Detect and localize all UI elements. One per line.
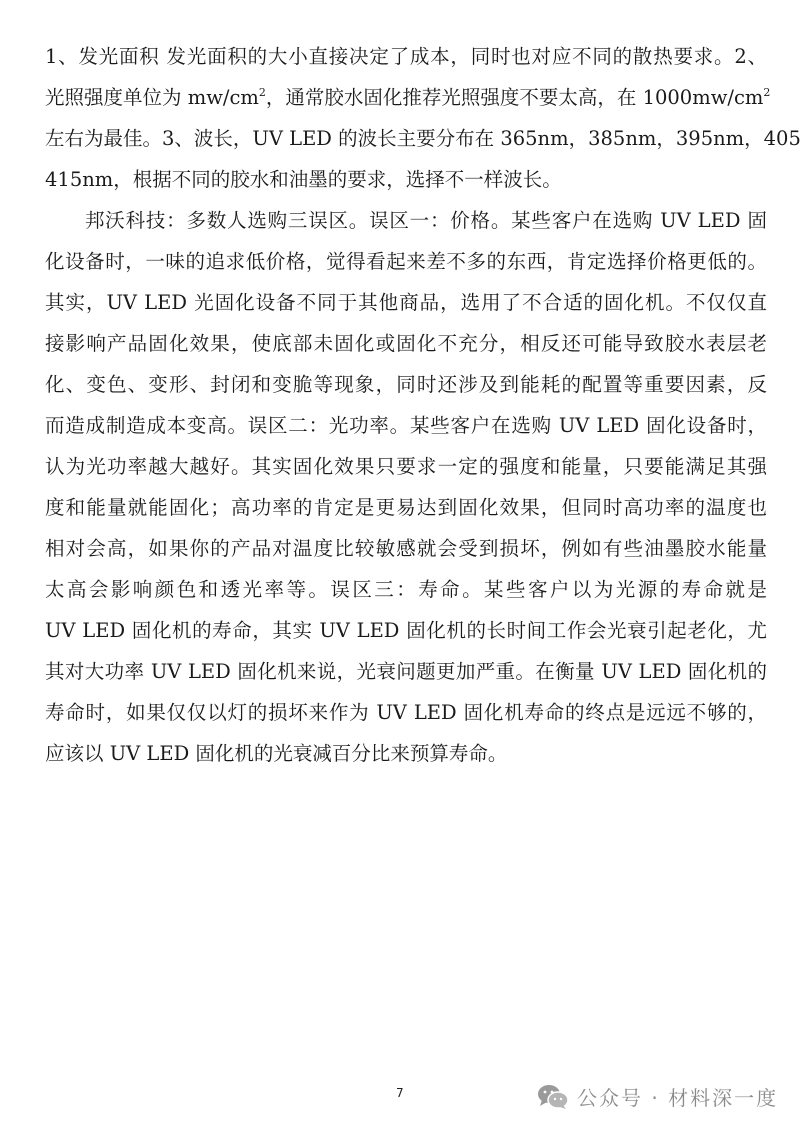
watermark: 公众号 · 材料深一度 — [537, 1082, 778, 1111]
text-line: 光照强度单位为 mw/cm2，通常胶水固化推荐光照强度不要太高，在 1000mw… — [45, 77, 767, 118]
text-line: 相对会高，如果你的产品对温度比较敏感就会受到损坏，例如有些油墨胶水能量 — [45, 528, 767, 569]
text-line: 左右为最佳。3、波长，UV LED 的波长主要分布在 365nm，385nm，3… — [45, 118, 767, 159]
text-line: 1、发光面积 发光面积的大小直接决定了成本，同时也对应不同的散热要求。2、 — [45, 36, 767, 77]
text-line: 认为光功率越大越好。其实固化效果只要求一定的强度和能量，只要能满足其强 — [45, 446, 767, 487]
document-page: 1、发光面积 发光面积的大小直接决定了成本，同时也对应不同的散热要求。2、 光照… — [45, 36, 767, 774]
text-line: 其实，UV LED 光固化设备不同于其他商品，选用了不合适的固化机。不仅仅直 — [45, 282, 767, 323]
text-line: 邦沃科技：多数人选购三误区。误区一：价格。某些客户在选购 UV LED 固 — [45, 200, 767, 241]
text-line: UV LED 固化机的寿命，其实 UV LED 固化机的长时间工作会光衰引起老化… — [45, 610, 767, 651]
superscript: 2 — [259, 86, 266, 99]
text-line: 化、变色、变形、封闭和变脆等现象，同时还涉及到能耗的配置等重要因素，反 — [45, 364, 767, 405]
watermark-text: 公众号 · 材料深一度 — [577, 1082, 778, 1111]
text-line: 太高会影响颜色和透光率等。误区三：寿命。某些客户以为光源的寿命就是 — [45, 569, 767, 610]
paragraph-1: 1、发光面积 发光面积的大小直接决定了成本，同时也对应不同的散热要求。2、 光照… — [45, 36, 767, 200]
text-line: 应该以 UV LED 固化机的光衰减百分比来预算寿命。 — [45, 733, 767, 774]
text-segment: 光照强度单位为 mw/cm — [45, 86, 259, 109]
text-line: 415nm，根据不同的胶水和油墨的要求，选择不一样波长。 — [45, 159, 767, 200]
paragraph-2: 邦沃科技：多数人选购三误区。误区一：价格。某些客户在选购 UV LED 固 化设… — [45, 200, 767, 774]
text-line: 化设备时，一味的追求低价格，觉得看起来差不多的东西，肯定选择价格更低的。 — [45, 241, 767, 282]
superscript: 2 — [763, 86, 770, 99]
text-line: 其对大功率 UV LED 固化机来说，光衰问题更加严重。在衡量 UV LED 固… — [45, 651, 767, 692]
text-line: 度和能量就能固化；高功率的肯定是更易达到固化效果，但同时高功率的温度也 — [45, 487, 767, 528]
wechat-icon — [537, 1084, 569, 1110]
text-segment: ，通常胶水固化推荐光照强度不要太高，在 1000mw/cm — [266, 86, 764, 109]
text-line: 寿命时，如果仅仅以灯的损坏来作为 UV LED 固化机寿命的终点是远远不够的， — [45, 692, 767, 733]
text-line: 而造成制造成本变高。误区二：光功率。某些客户在选购 UV LED 固化设备时， — [45, 405, 767, 446]
page-number: 7 — [396, 1086, 404, 1100]
text-line: 接影响产品固化效果，使底部未固化或固化不充分，相反还可能导致胶水表层老 — [45, 323, 767, 364]
